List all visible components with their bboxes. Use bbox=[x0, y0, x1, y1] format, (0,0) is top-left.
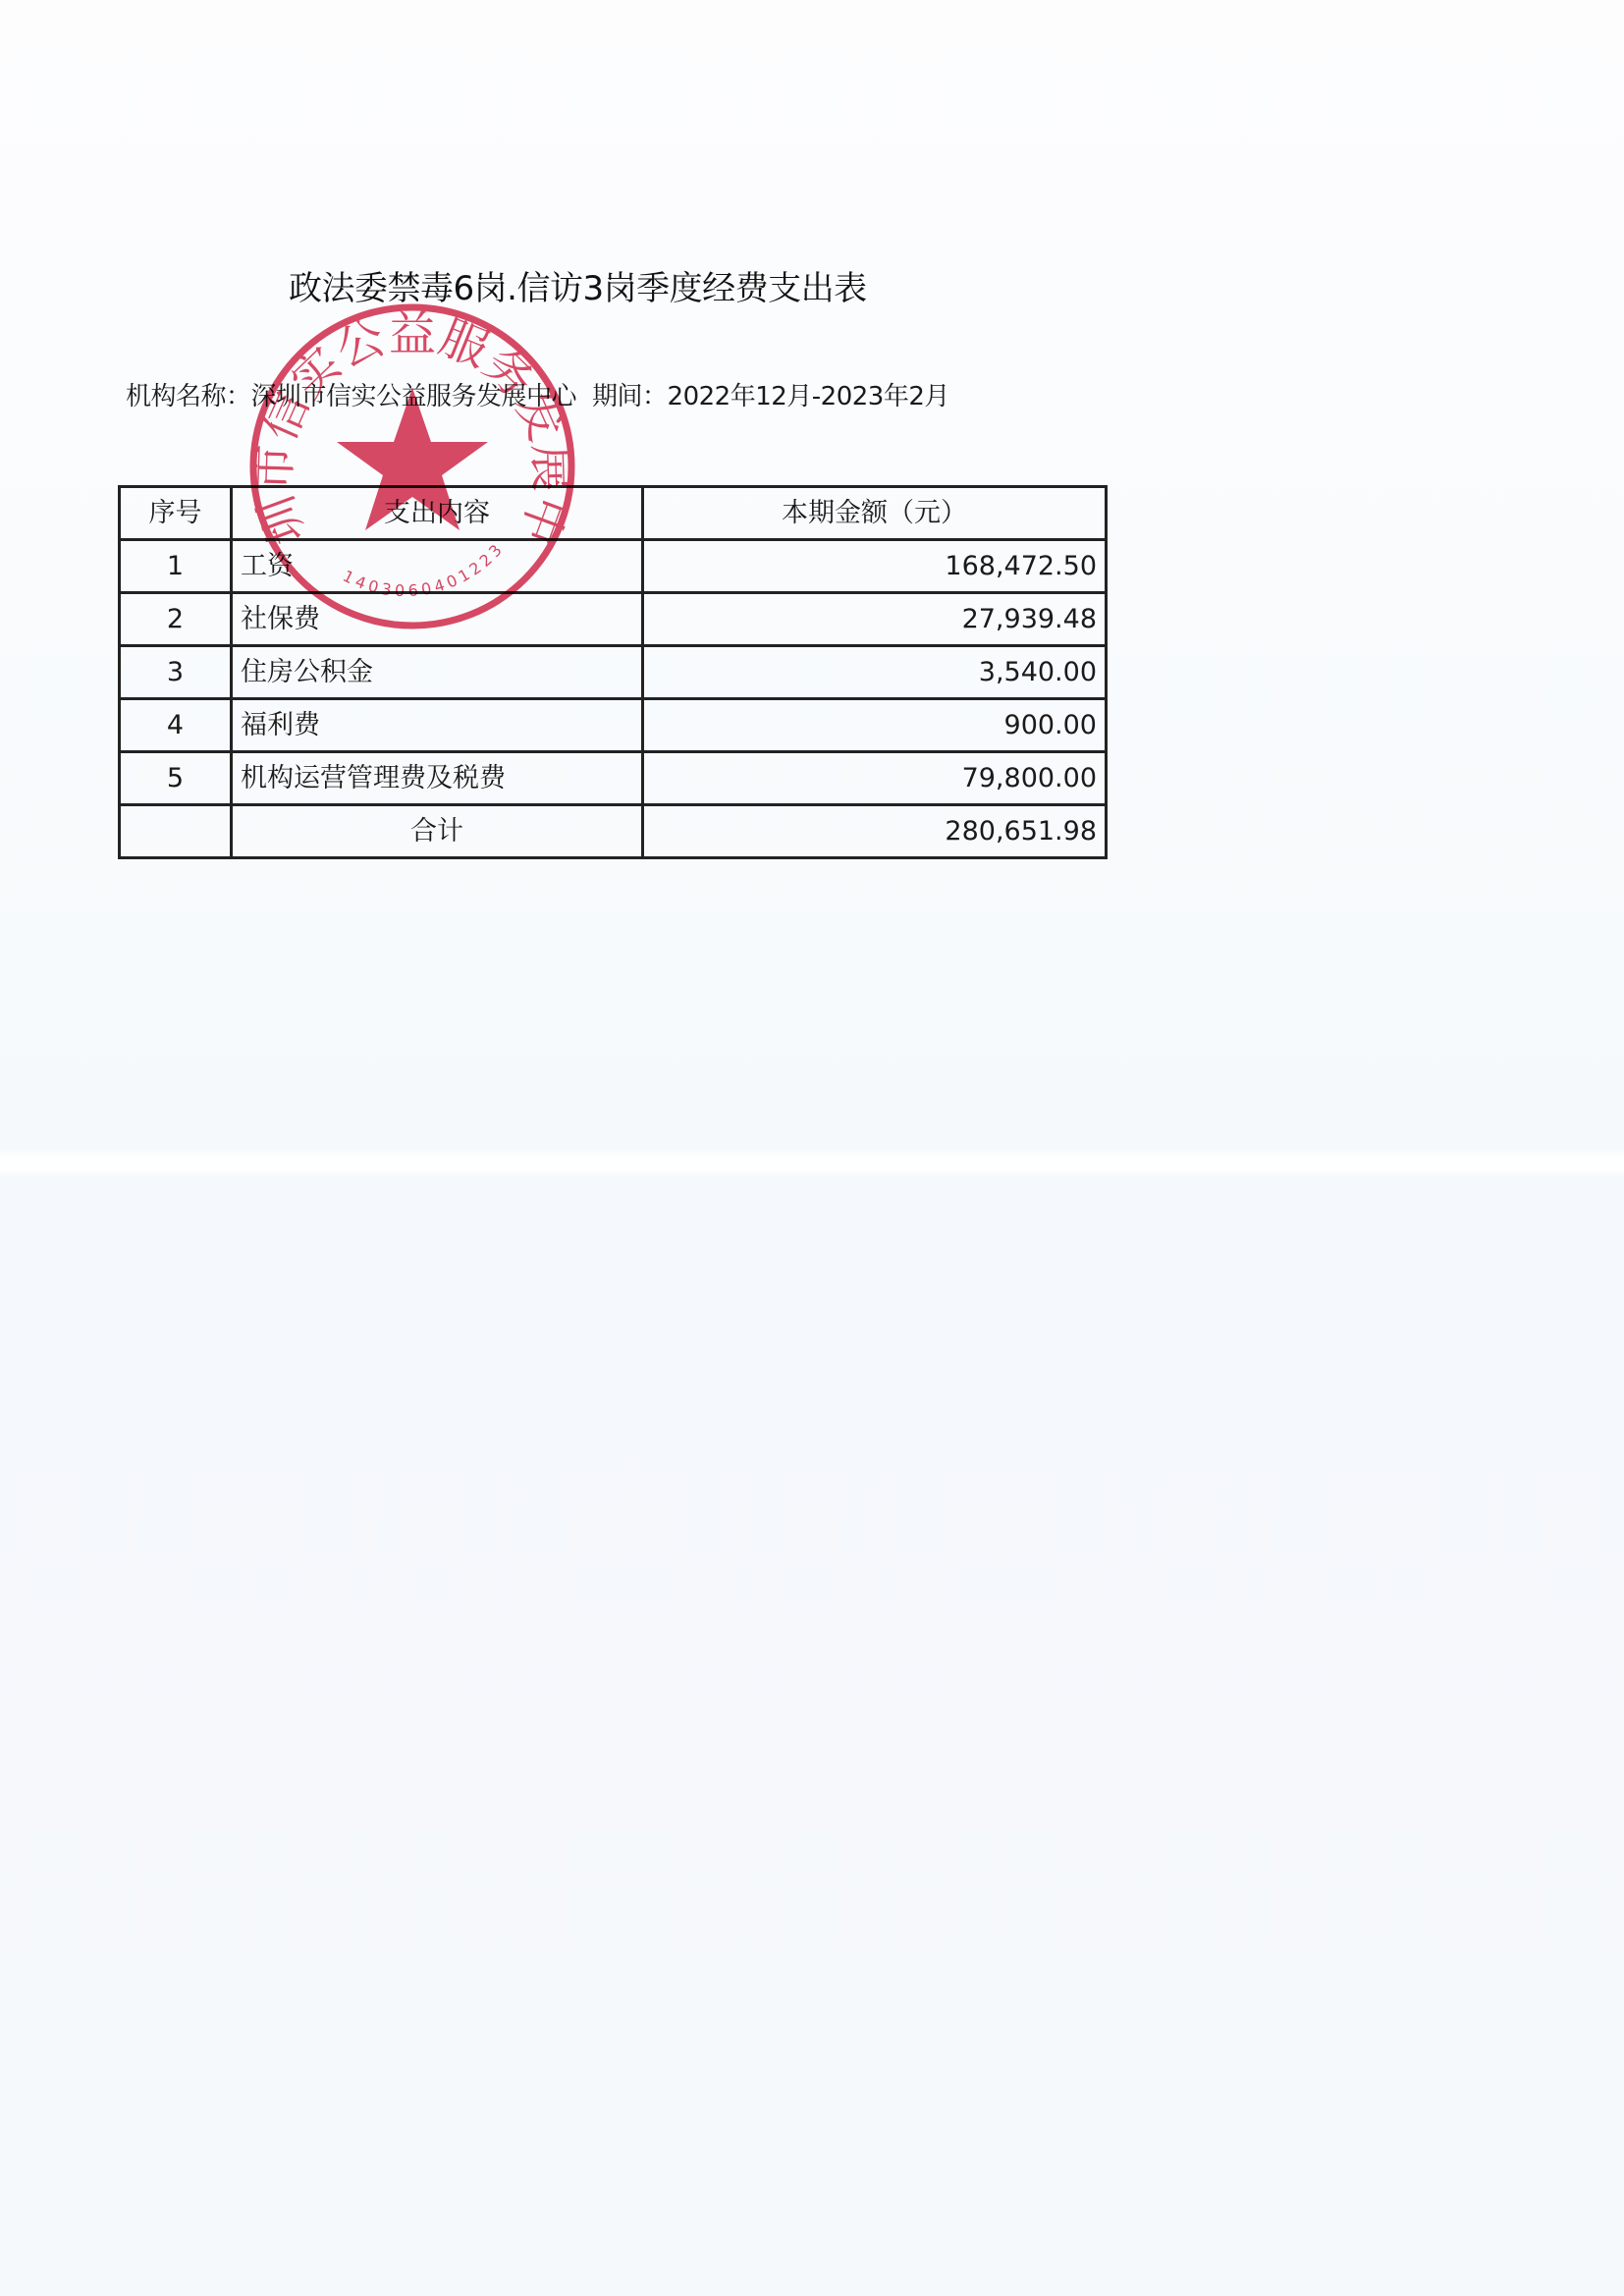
table-row: 2 社保费 27,939.48 bbox=[120, 593, 1107, 646]
table-row: 3 住房公积金 3,540.00 bbox=[120, 646, 1107, 699]
total-amount: 280,651.98 bbox=[643, 805, 1107, 858]
period-label: 期间： bbox=[592, 376, 668, 412]
org-name: 深圳市信实公益服务发展中心 bbox=[251, 376, 577, 412]
header-amount: 本期金额（元） bbox=[643, 487, 1107, 540]
row-index: 4 bbox=[120, 699, 232, 752]
expense-table: 序号 支出内容 本期金额（元） 1 工资 168,472.50 2 社保费 27… bbox=[118, 485, 1108, 859]
total-row: 合计 280,651.98 bbox=[120, 805, 1107, 858]
row-amount: 27,939.48 bbox=[643, 593, 1107, 646]
table-row: 5 机构运营管理费及税费 79,800.00 bbox=[120, 752, 1107, 805]
row-index: 5 bbox=[120, 752, 232, 805]
document-title: 政法委禁毒6岗.信访3岗季度经费支出表 bbox=[289, 261, 867, 309]
row-amount: 900.00 bbox=[643, 699, 1107, 752]
table-row: 1 工资 168,472.50 bbox=[120, 540, 1107, 593]
row-amount: 79,800.00 bbox=[643, 752, 1107, 805]
row-item: 机构运营管理费及税费 bbox=[232, 752, 643, 805]
row-index: 1 bbox=[120, 540, 232, 593]
row-item: 社保费 bbox=[232, 593, 643, 646]
total-index bbox=[120, 805, 232, 858]
table-header-row: 序号 支出内容 本期金额（元） bbox=[120, 487, 1107, 540]
row-item: 住房公积金 bbox=[232, 646, 643, 699]
row-index: 2 bbox=[120, 593, 232, 646]
row-amount: 3,540.00 bbox=[643, 646, 1107, 699]
total-label: 合计 bbox=[232, 805, 643, 858]
document-meta: 机构名称：深圳市信实公益服务发展中心期间：2022年12月-2023年2月 bbox=[126, 376, 949, 412]
row-index: 3 bbox=[120, 646, 232, 699]
row-item: 工资 bbox=[232, 540, 643, 593]
period-value: 2022年12月-2023年2月 bbox=[668, 376, 949, 412]
header-item: 支出内容 bbox=[232, 487, 643, 540]
table-row: 4 福利费 900.00 bbox=[120, 699, 1107, 752]
row-amount: 168,472.50 bbox=[643, 540, 1107, 593]
header-index: 序号 bbox=[120, 487, 232, 540]
row-item: 福利费 bbox=[232, 699, 643, 752]
org-label: 机构名称： bbox=[126, 376, 251, 412]
